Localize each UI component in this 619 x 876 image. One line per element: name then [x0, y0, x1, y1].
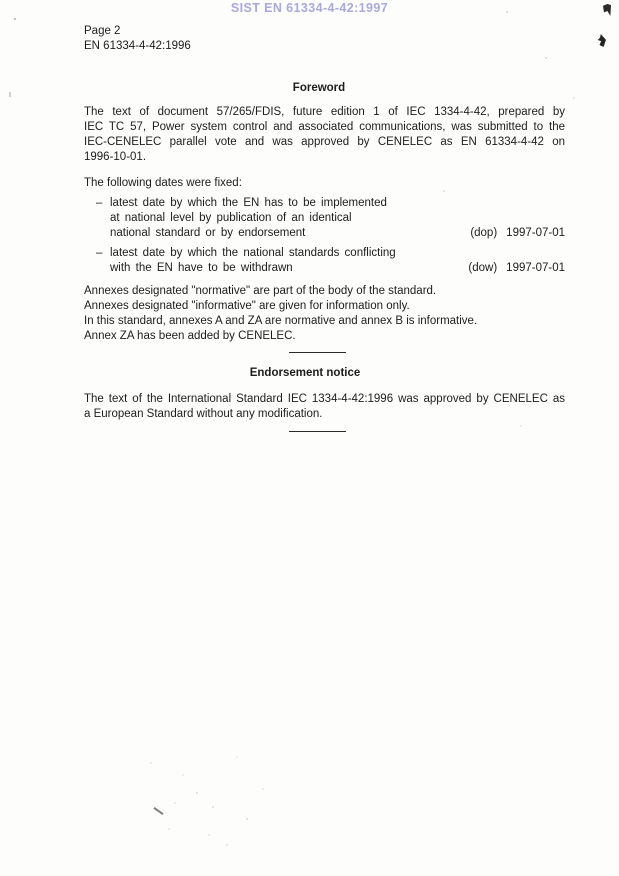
bullet-line: latest date by which the EN has to be im… — [110, 196, 565, 211]
paragraph-line: 1996-10-01. — [84, 150, 565, 165]
paragraph-line: IEC TC 57, Power system control and asso… — [84, 120, 565, 135]
annex-line: Annexes designated "normative" are part … — [84, 284, 565, 299]
scan-dot-artifact — [14, 18, 16, 20]
paragraph-line: a European Standard without any modifica… — [84, 407, 565, 422]
scan-squiggle-artifact — [153, 807, 163, 815]
date-item-dow: – latest date by which the national stan… — [96, 246, 565, 276]
bullet-line: latest date by which the national standa… — [110, 246, 565, 261]
endorsement-paragraph: The text of the International Standard I… — [84, 392, 565, 422]
annex-line: Annex ZA has been added by CENELEC. — [84, 329, 565, 344]
document-page: SIST EN 61334-4-42:1997 Page 2 EN 61334-… — [0, 0, 619, 876]
foreword-paragraph: The text of document 57/265/FDIS, future… — [84, 105, 565, 165]
bullet-dash: – — [96, 196, 102, 211]
annex-line: Annexes designated "informative" are giv… — [84, 299, 565, 314]
paragraph-line: The text of the International Standard I… — [84, 392, 565, 407]
scan-speckles — [506, 11, 508, 13]
scan-noise-cluster — [150, 762, 152, 764]
dates-intro: The following dates were fixed: — [84, 176, 565, 191]
watermark-text: SIST EN 61334-4-42:1997 — [0, 1, 619, 15]
ink-mark-artifact — [597, 34, 606, 47]
dop-value: 1997-07-01 — [506, 227, 565, 239]
section-divider — [289, 431, 346, 432]
bullet-dash: – — [96, 246, 102, 261]
annex-line: In this standard, annexes A and ZA are n… — [84, 314, 565, 329]
paragraph-line: IEC-CENELEC parallel vote and was approv… — [84, 135, 565, 150]
endorsement-heading: Endorsement notice — [84, 366, 526, 381]
dow-label: (dow) — [468, 262, 497, 274]
dow-value: 1997-07-01 — [506, 262, 565, 274]
scan-dot-artifact — [9, 92, 11, 97]
page-number: Page 2 — [84, 24, 191, 39]
annexes-paragraph: Annexes designated "normative" are part … — [84, 284, 565, 344]
page-header: Page 2 EN 61334-4-42:1996 — [84, 24, 191, 54]
document-reference: EN 61334-4-42:1996 — [84, 39, 191, 54]
section-divider — [289, 352, 346, 353]
dop-date: (dop)1997-07-01 — [470, 226, 565, 241]
date-item-dop: – latest date by which the EN has to be … — [96, 196, 565, 241]
dow-date: (dow)1997-07-01 — [468, 261, 565, 276]
bullet-line: at national level by publication of an i… — [110, 211, 565, 226]
foreword-heading: Foreword — [84, 81, 554, 96]
dop-label: (dop) — [470, 227, 497, 239]
paragraph-line: The text of document 57/265/FDIS, future… — [84, 105, 565, 120]
